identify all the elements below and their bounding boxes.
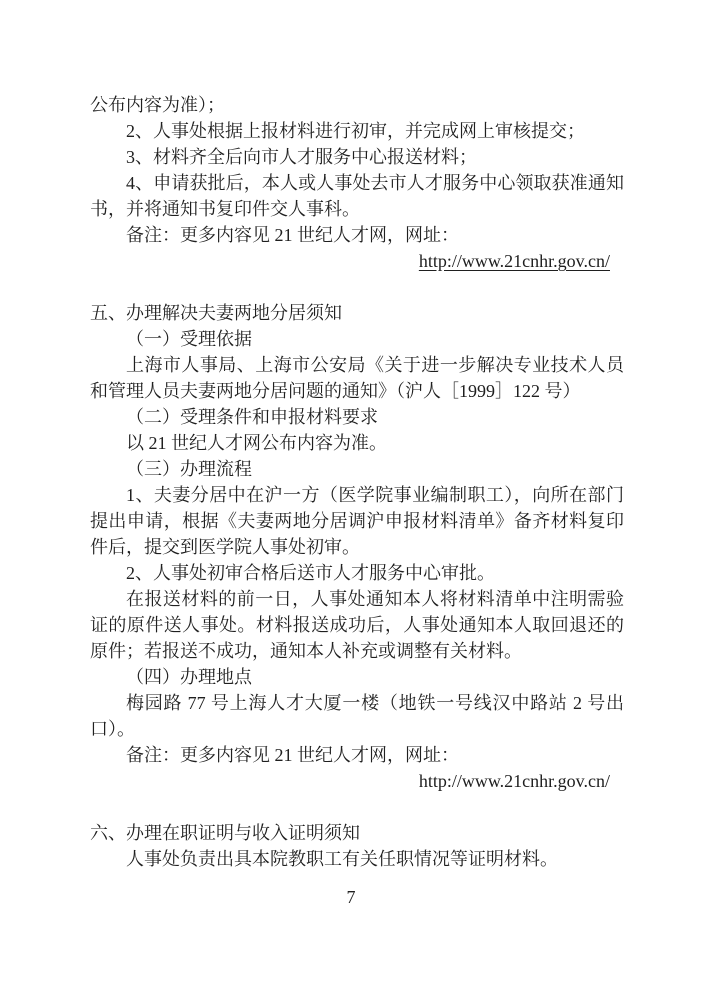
list-item: 3、材料齐全后向市人才服务中心报送材料； (90, 144, 624, 170)
list-item: 4、申请获批后，本人或人事处去市人才服务中心领取获准通知 (90, 170, 624, 196)
body-line: 以 21 世纪人才网公布内容为准。 (90, 430, 624, 456)
body-line: 在报送材料的前一日，人事处通知本人将材料清单中注明需验 (90, 586, 624, 612)
page-footer: 7 (0, 884, 702, 910)
body-line: 件后，提交到医学院人事处初审。 (90, 534, 624, 560)
document-body: 公布内容为准）；2、人事处根据上报材料进行初审，并完成网上审核提交；3、材料齐全… (90, 92, 624, 872)
subsection-heading: （一）受理依据 (90, 326, 624, 352)
blank-line (90, 274, 624, 300)
url-text: http://www.21cnhr.gov.cn/ (90, 768, 624, 794)
section-heading: 五、办理解决夫妻两地分居须知 (90, 300, 624, 326)
list-item: 2、人事处根据上报材料进行初审，并完成网上审核提交； (90, 118, 624, 144)
url-link[interactable]: http://www.21cnhr.gov.cn/ (90, 248, 624, 274)
body-line: 上海市人事局、上海市公安局《关于进一步解决专业技术人员 (90, 352, 624, 378)
body-line: 书，并将通知书复印件交人事科。 (90, 196, 624, 222)
section-heading: 六、办理在职证明与收入证明须知 (90, 820, 624, 846)
subsection-heading: （四）办理地点 (90, 664, 624, 690)
body-line: 证的原件送人事处。材料报送成功后，人事处通知本人取回退还的 (90, 612, 624, 638)
page-number: 7 (347, 887, 356, 907)
body-line: 提出申请，根据《夫妻两地分居调沪申报材料清单》备齐材料复印 (90, 508, 624, 534)
body-line: 和管理人员夫妻两地分居问题的通知》（沪人［1999］122 号） (90, 378, 624, 404)
body-line: 原件；若报送不成功，通知本人补充或调整有关材料。 (90, 638, 624, 664)
subsection-heading: （三）办理流程 (90, 456, 624, 482)
list-item: 1、夫妻分居中在沪一方（医学院事业编制职工），向所在部门 (90, 482, 624, 508)
list-item: 2、人事处初审合格后送市人才服务中心审批。 (90, 560, 624, 586)
body-line: 口）。 (90, 716, 624, 742)
body-line: 公布内容为准）； (90, 92, 624, 118)
subsection-heading: （二）受理条件和申报材料要求 (90, 404, 624, 430)
body-line: 梅园路 77 号上海人才大厦一楼（地铁一号线汉中路站 2 号出 (90, 690, 624, 716)
document-page: 公布内容为准）；2、人事处根据上报材料进行初审，并完成网上审核提交；3、材料齐全… (0, 0, 702, 992)
note-line: 备注：更多内容见 21 世纪人才网，网址： (90, 222, 624, 248)
body-line: 人事处负责出具本院教职工有关任职情况等证明材料。 (90, 846, 624, 872)
note-line: 备注：更多内容见 21 世纪人才网，网址： (90, 742, 624, 768)
blank-line (90, 794, 624, 820)
